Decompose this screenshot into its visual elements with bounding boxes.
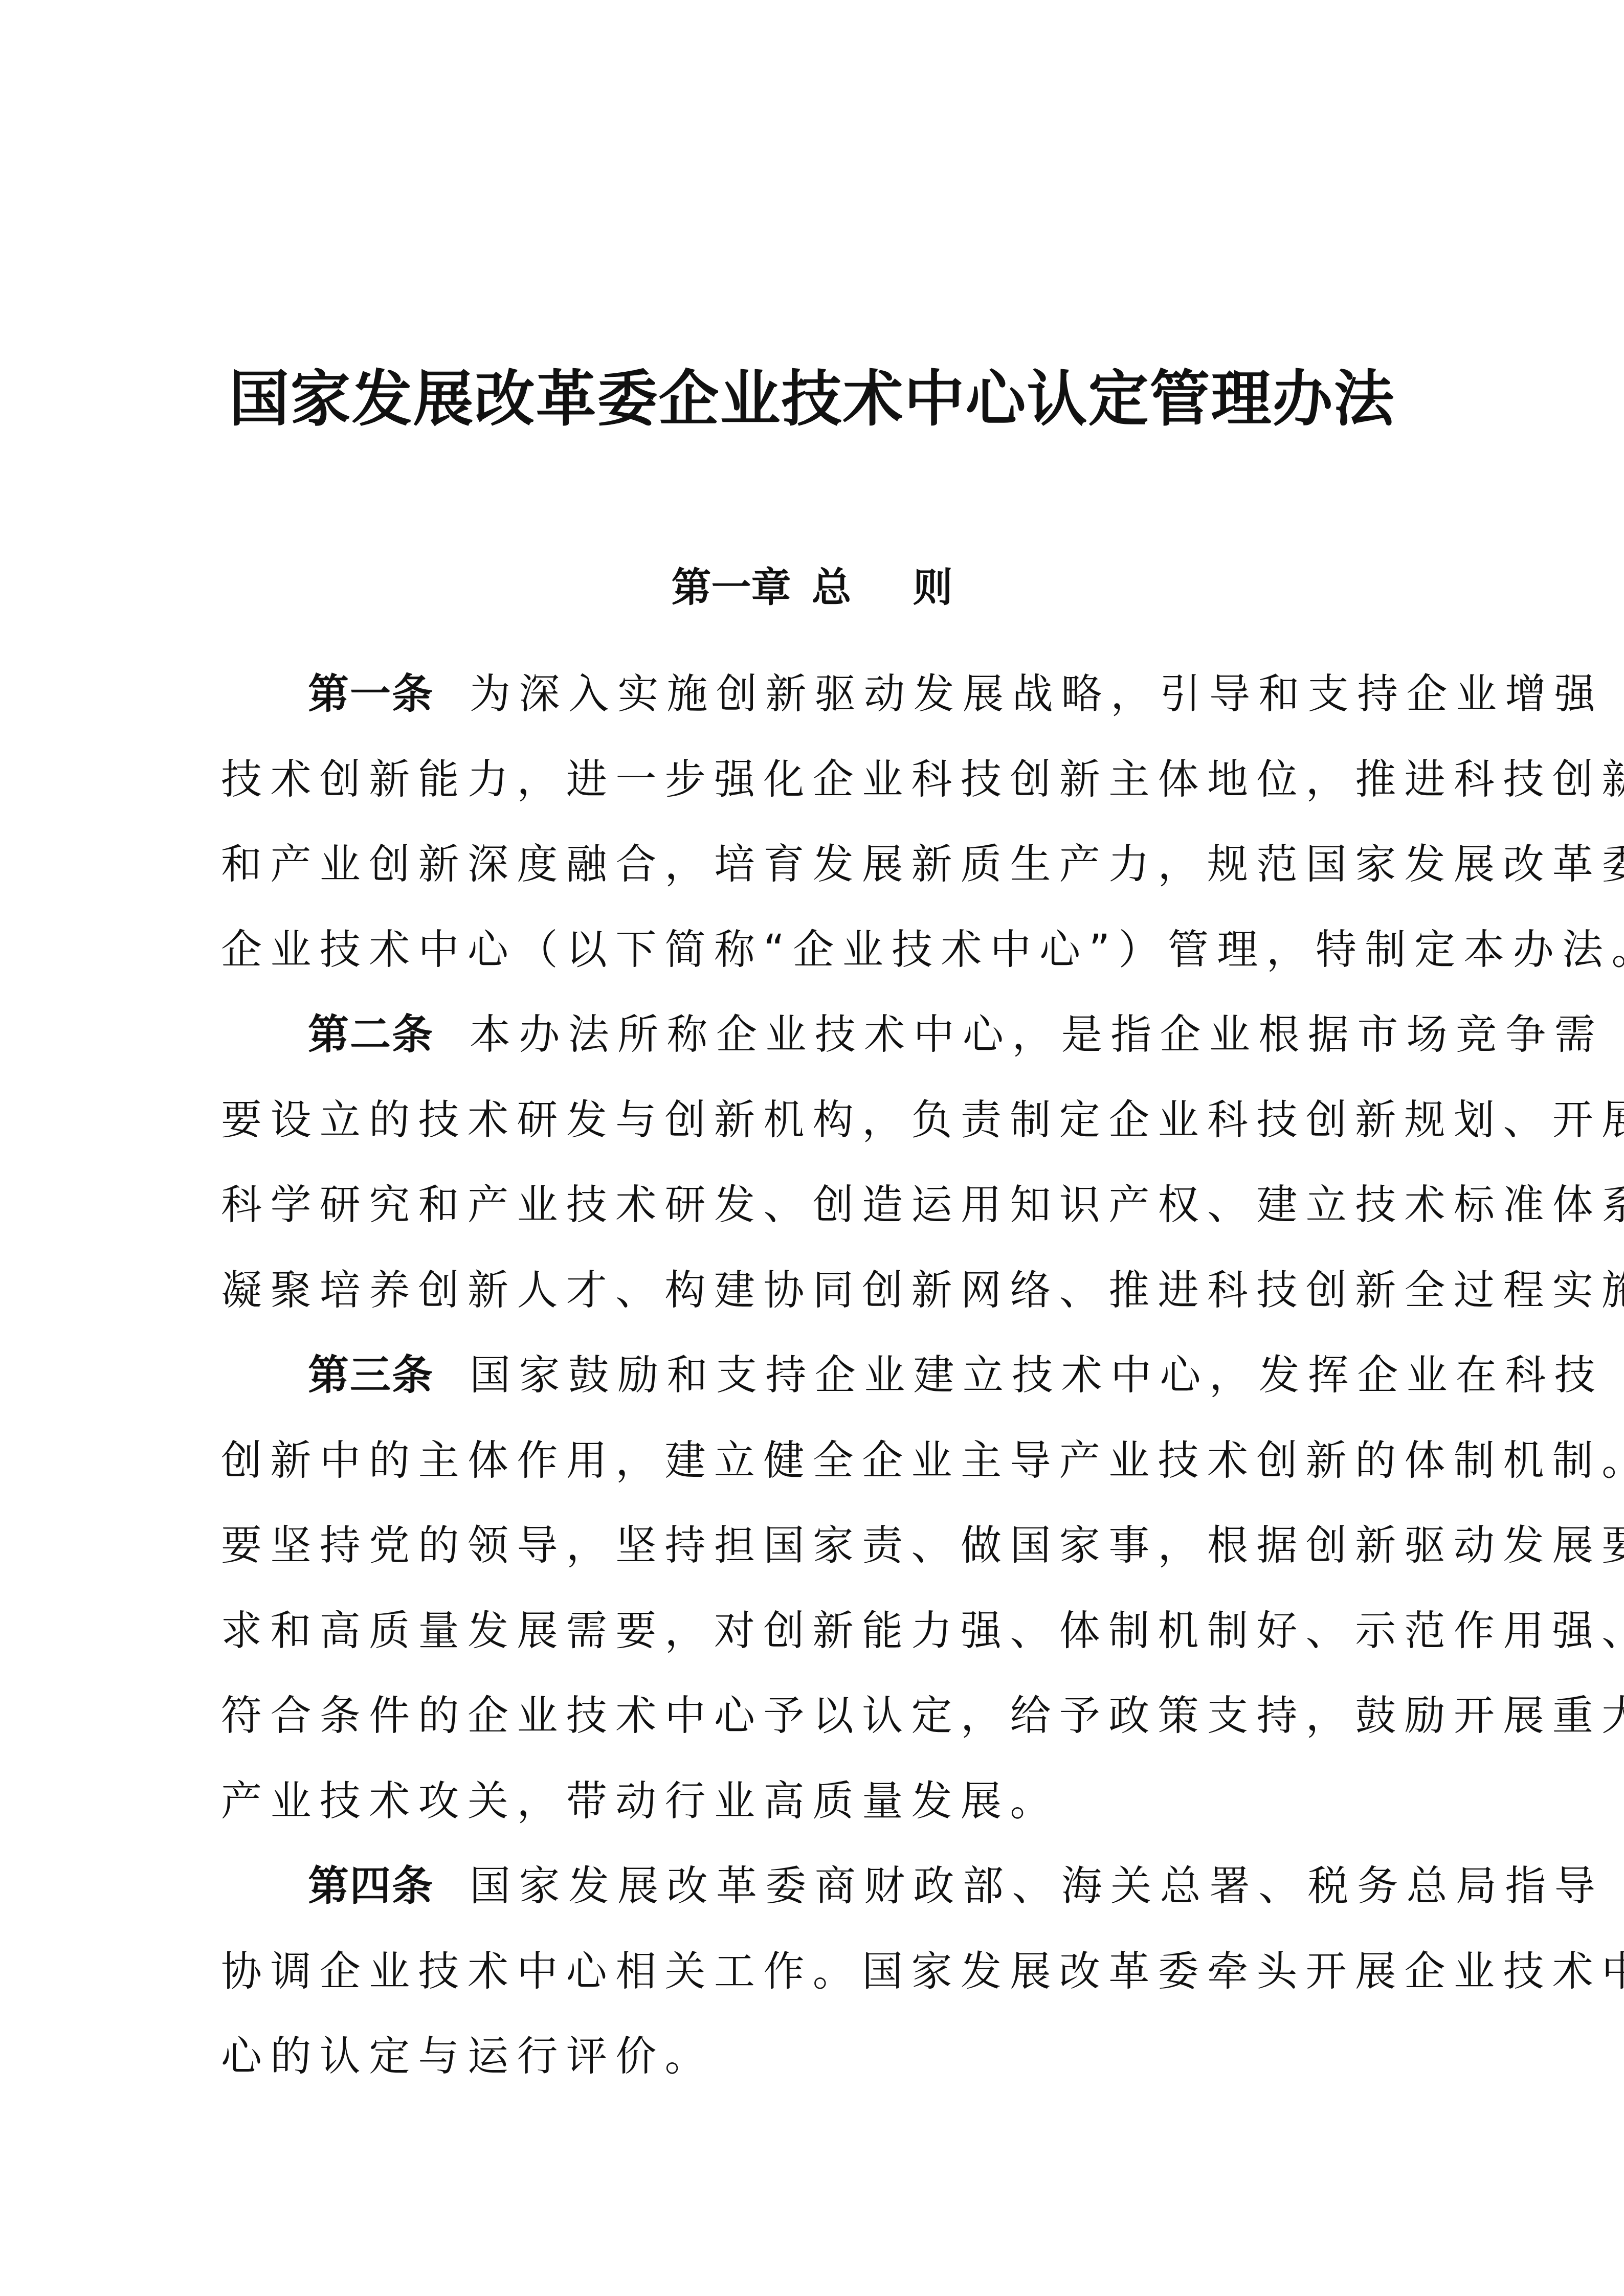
paragraph-line: 企业技术中心（以下简称“企业技术中心”）管理，特制定本办法。: [221, 911, 1408, 997]
paragraph-line: 和产业创新深度融合，培育发展新质生产力，规范国家发展改革委: [221, 826, 1408, 911]
paragraph-line: 技术创新能力，进一步强化企业科技创新主体地位，推进科技创新: [221, 741, 1408, 826]
paragraph-line: 要设立的技术研发与创新机构，负责制定企业科技创新规划、开展: [221, 1082, 1408, 1167]
paragraph-line: 求和高质量发展需要，对创新能力强、体制机制好、示范作用强、: [221, 1592, 1408, 1678]
chapter-title-part2: 则: [913, 565, 953, 611]
article-label: 第二条: [308, 1010, 434, 1058]
article-text: 为深入实施创新驱动发展战略，引导和支持企业增强: [470, 670, 1604, 717]
paragraph-line: 产业技术攻关，带动行业高质量发展。: [221, 1763, 1408, 1848]
paragraph-line: 心的认定与运行评价。: [221, 2018, 1408, 2103]
paragraph-line: 第一条为深入实施创新驱动发展战略，引导和支持企业增强: [221, 656, 1408, 741]
document-title: 国家发展改革委企业技术中心认定管理办法: [0, 358, 1624, 440]
article-text: 国家发展改革委商财政部、海关总署、税务总局指导: [470, 1862, 1604, 1909]
document-page: 国家发展改革委企业技术中心认定管理办法 第一章总则 第一条为深入实施创新驱动发展…: [0, 0, 1624, 2296]
paragraph-line: 创新中的主体作用，建立健全企业主导产业技术创新的体制机制。: [221, 1422, 1408, 1507]
paragraph-line: 科学研究和产业技术研发、创造运用知识产权、建立技术标准体系、: [221, 1166, 1408, 1252]
chapter-title-part1: 总: [811, 565, 851, 611]
article-4: 第四条国家发展改革委商财政部、海关总署、税务总局指导 协调企业技术中心相关工作。…: [221, 1848, 1408, 2103]
chapter-heading: 第一章总则: [0, 560, 1624, 616]
article-label: 第一条: [308, 670, 434, 717]
paragraph-line: 第四条国家发展改革委商财政部、海关总署、税务总局指导: [221, 1848, 1408, 1933]
article-1: 第一条为深入实施创新驱动发展战略，引导和支持企业增强 技术创新能力，进一步强化企…: [221, 656, 1408, 996]
paragraph-line: 要坚持党的领导，坚持担国家责、做国家事，根据创新驱动发展要: [221, 1507, 1408, 1592]
paragraph-line: 凝聚培养创新人才、构建协同创新网络、推进科技创新全过程实施。: [221, 1252, 1408, 1337]
document-body: 第一条为深入实施创新驱动发展战略，引导和支持企业增强 技术创新能力，进一步强化企…: [221, 656, 1408, 2103]
article-3: 第三条国家鼓励和支持企业建立技术中心，发挥企业在科技 创新中的主体作用，建立健全…: [221, 1337, 1408, 1848]
article-text: 国家鼓励和支持企业建立技术中心，发挥企业在科技: [470, 1351, 1604, 1399]
paragraph-line: 第二条本办法所称企业技术中心，是指企业根据市场竞争需: [221, 996, 1408, 1082]
paragraph-line: 协调企业技术中心相关工作。国家发展改革委牵头开展企业技术中: [221, 1933, 1408, 2018]
chapter-number: 第一章: [671, 565, 791, 611]
paragraph-line: 第三条国家鼓励和支持企业建立技术中心，发挥企业在科技: [221, 1337, 1408, 1422]
paragraph-line: 符合条件的企业技术中心予以认定，给予政策支持，鼓励开展重大: [221, 1677, 1408, 1763]
article-label: 第三条: [308, 1351, 434, 1399]
article-2: 第二条本办法所称企业技术中心，是指企业根据市场竞争需 要设立的技术研发与创新机构…: [221, 996, 1408, 1337]
article-text: 本办法所称企业技术中心，是指企业根据市场竞争需: [470, 1010, 1604, 1058]
article-label: 第四条: [308, 1862, 434, 1909]
